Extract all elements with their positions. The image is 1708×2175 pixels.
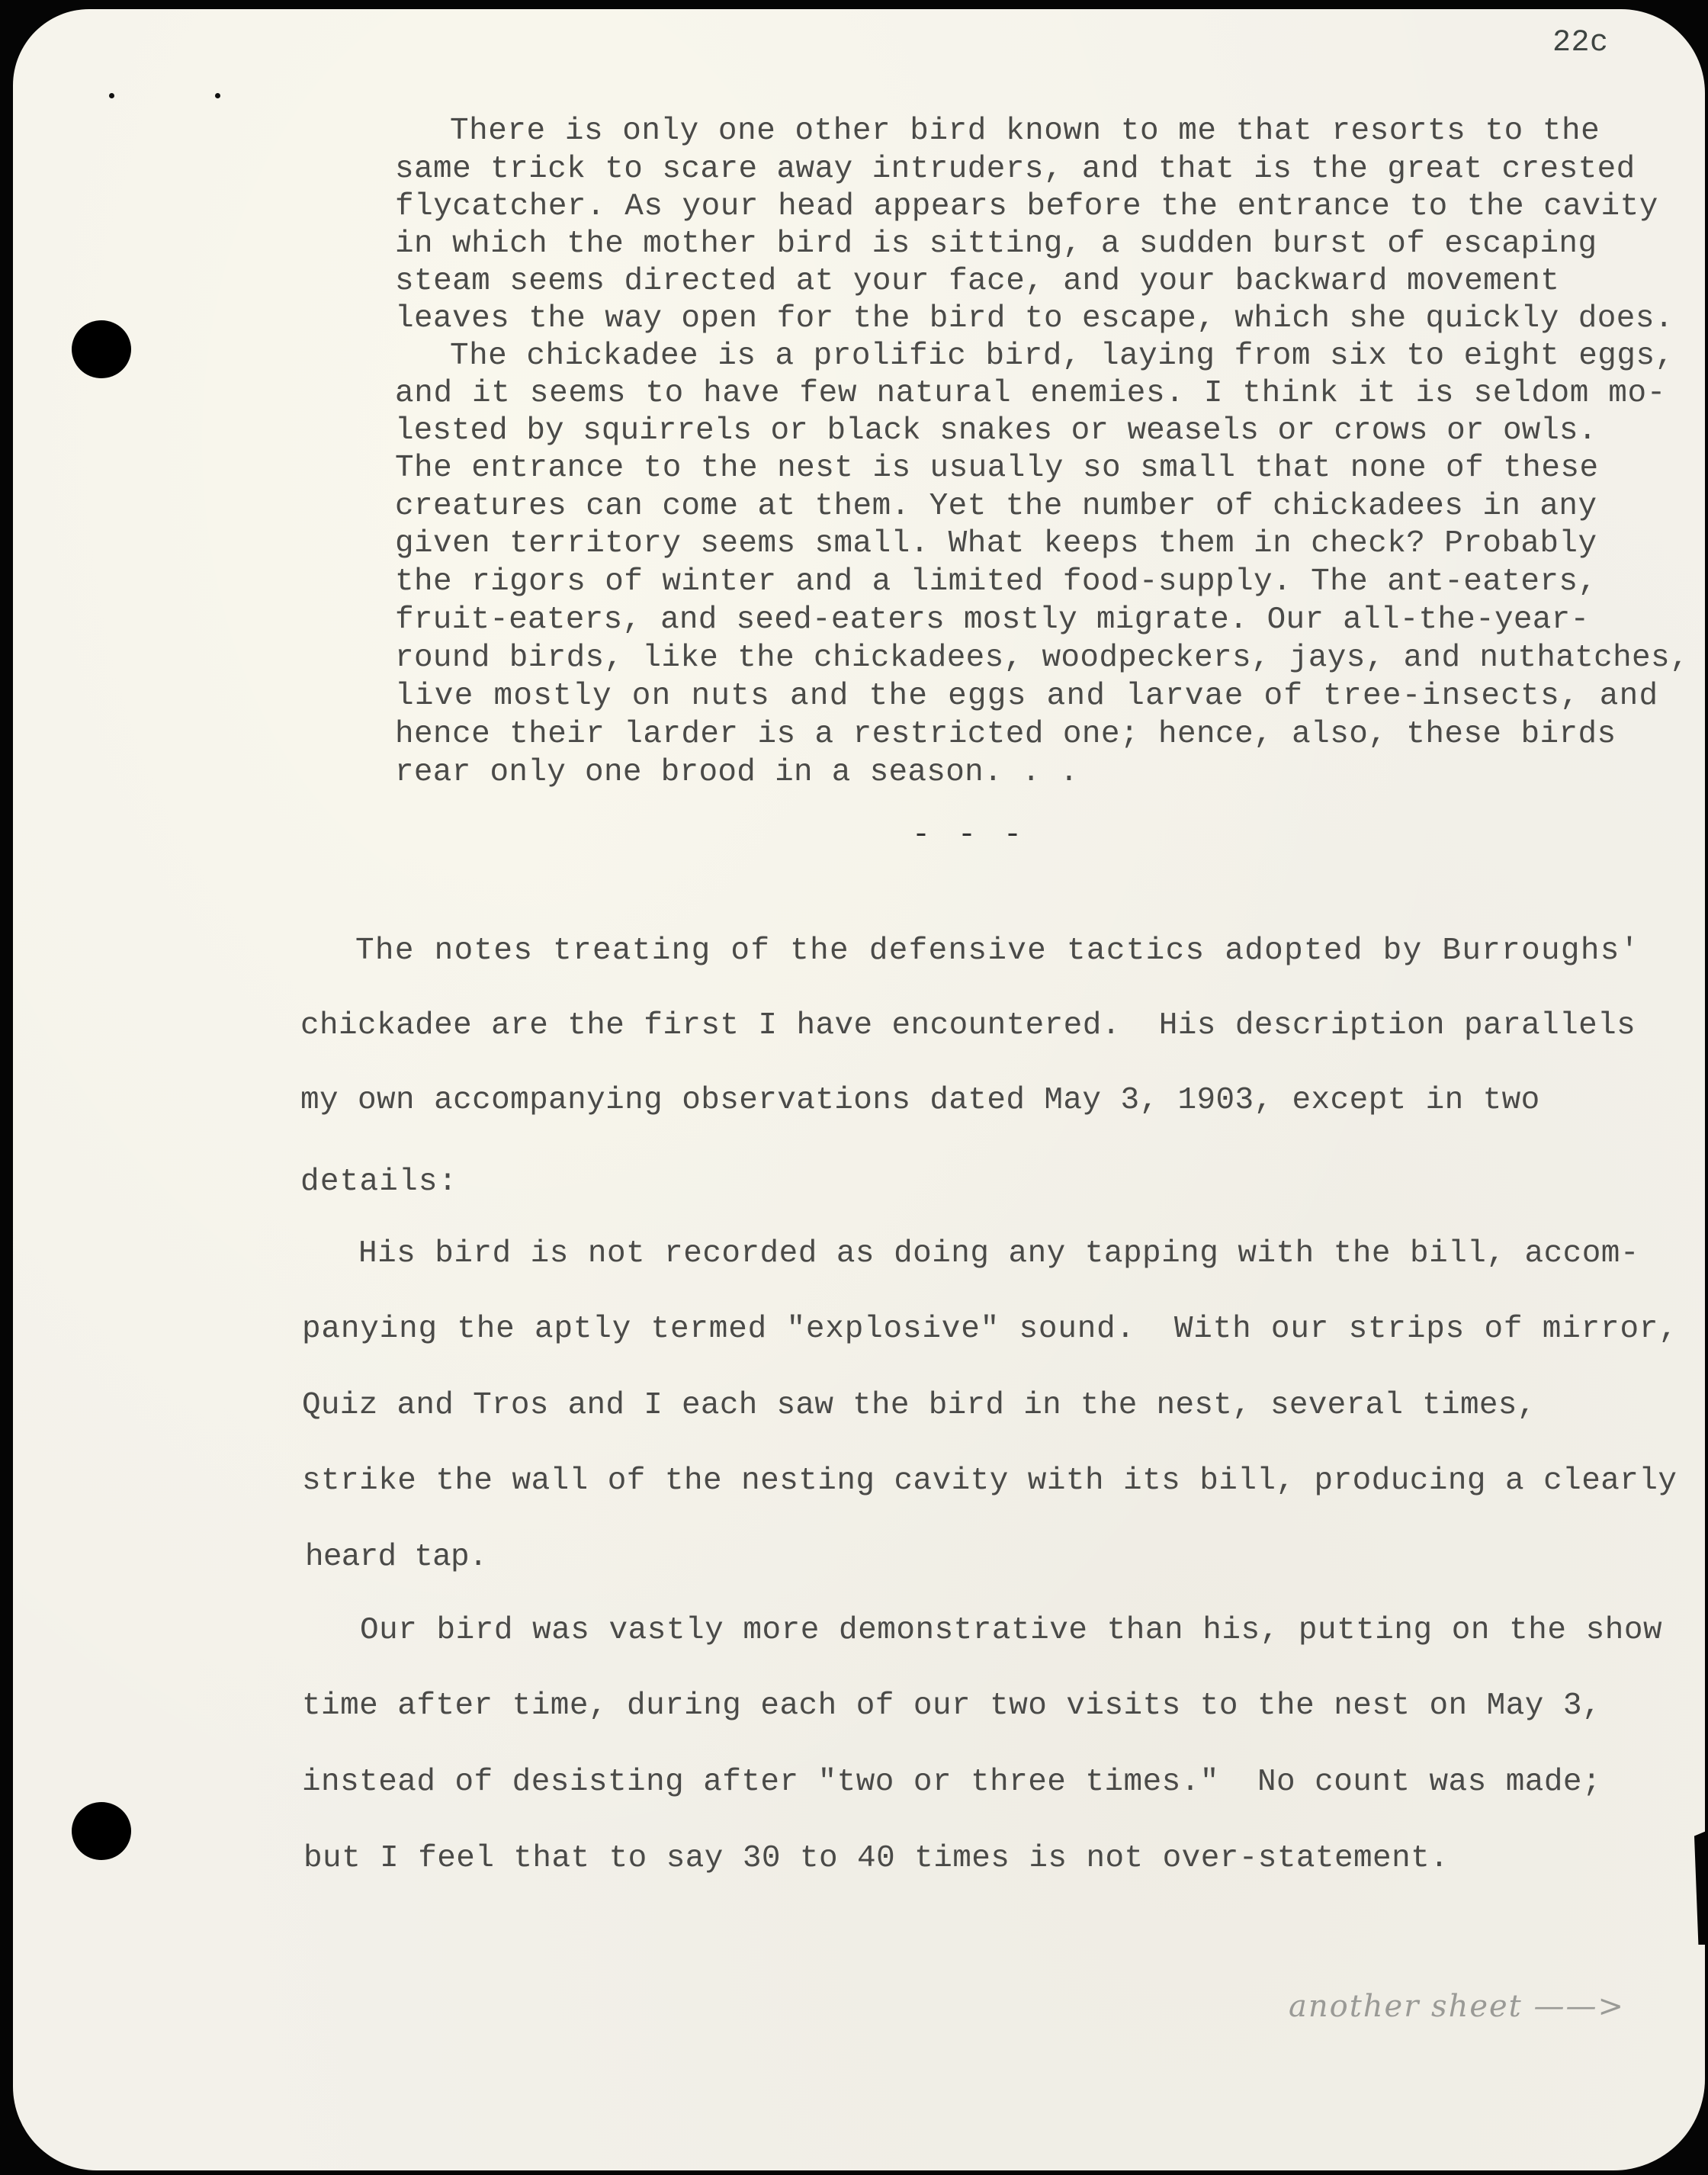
quote-line: live mostly on nuts and the eggs and lar… <box>395 678 1658 715</box>
quote-line: in which the mother bird is sitting, a s… <box>395 226 1597 263</box>
quote-line: rear only one brood in a season. . . <box>395 754 1079 792</box>
quote-line: The entrance to the nest is usually so s… <box>395 450 1599 487</box>
quote-line: leaves the way open for the bird to esca… <box>395 300 1674 338</box>
quote-line: creatures can come at them. Yet the numb… <box>395 488 1597 525</box>
body-line: my own accompanying observations dated M… <box>300 1083 1540 1118</box>
quote-line: There is only one other bird known to me… <box>450 113 1600 150</box>
body-line: time after time, during each of our two … <box>302 1688 1601 1724</box>
paper-speck <box>215 93 220 98</box>
quote-line: The chickadee is a prolific bird, laying… <box>450 338 1674 375</box>
quote-line: given territory seems small. What keeps … <box>395 525 1597 563</box>
paper-speck <box>109 93 114 98</box>
page-number: 22c <box>1552 26 1609 60</box>
body-line: heard tap. <box>305 1540 487 1575</box>
quote-line: round birds, like the chickadees, woodpe… <box>395 640 1689 677</box>
section-separator: - - - <box>912 818 1026 853</box>
body-line: panying the aptly termed "explosive" sou… <box>302 1312 1678 1347</box>
quote-line: lested by squirrels or black snakes or w… <box>395 413 1597 450</box>
body-line: Our bird was vastly more demonstrative t… <box>360 1613 1662 1648</box>
quote-line: the rigors of winter and a limited food-… <box>395 564 1597 601</box>
quote-line: and it seems to have few natural enemies… <box>395 375 1666 413</box>
quote-line: flycatcher. As your head appears before … <box>395 188 1658 226</box>
body-line: strike the wall of the nesting cavity wi… <box>302 1463 1677 1499</box>
quote-line: same trick to scare away intruders, and … <box>395 151 1636 188</box>
quote-line: fruit-eaters, and seed-eaters mostly mig… <box>395 602 1589 639</box>
quote-line: hence their larder is a restricted one; … <box>395 716 1616 753</box>
body-line: details: <box>300 1165 458 1200</box>
quote-line: steam seems directed at your face, and y… <box>395 263 1559 300</box>
body-line: chickadee are the first I have encounter… <box>300 1008 1636 1043</box>
punch-hole-bottom <box>72 1802 131 1860</box>
body-line: The notes treating of the defensive tact… <box>355 933 1640 969</box>
body-line: His bird is not recorded as doing any ta… <box>358 1236 1639 1271</box>
handwritten-note: another sheet ——> <box>1289 1989 1625 2024</box>
body-line: but I feel that to say 30 to 40 times is… <box>303 1841 1449 1876</box>
body-line: Quiz and Tros and I each saw the bird in… <box>302 1388 1536 1423</box>
body-line: instead of desisting after "two or three… <box>302 1765 1601 1800</box>
punch-hole-top <box>72 320 131 378</box>
